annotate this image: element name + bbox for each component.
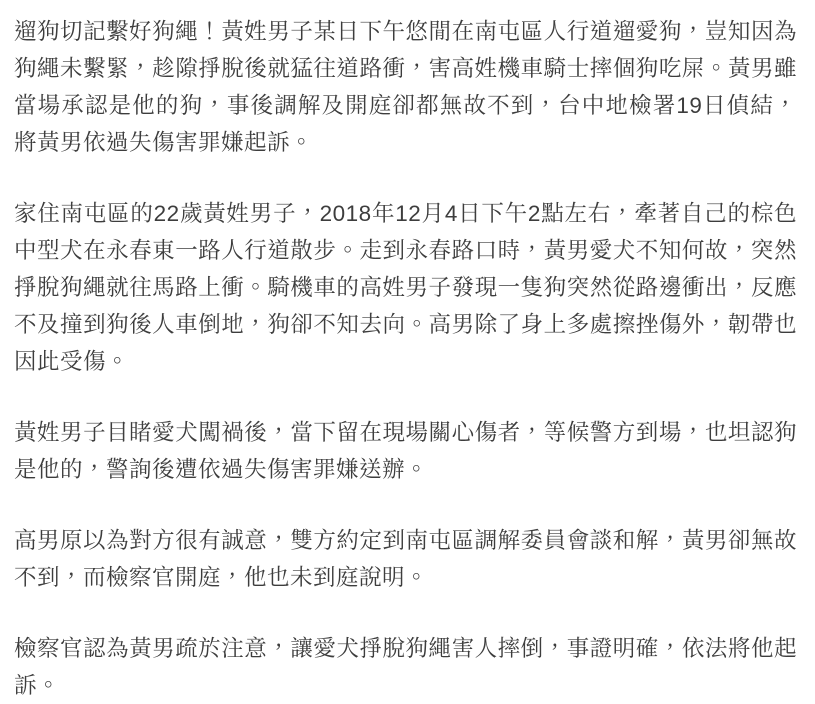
- article-paragraph-5: 檢察官認為黃男疏於注意，讓愛犬掙脫狗繩害人摔倒，事證明確，依法將他起訴。: [14, 630, 797, 704]
- news-article: 遛狗切記繫好狗繩！黃姓男子某日下午悠閒在南屯區人行道遛愛狗，豈知因為狗繩未繫緊，…: [0, 0, 815, 704]
- article-paragraph-4: 高男原以為對方很有誠意，雙方約定到南屯區調解委員會談和解，黃男卻無故不到，而檢察…: [14, 522, 797, 596]
- article-paragraph-3: 黃姓男子目睹愛犬闖禍後，當下留在現場關心傷者，等候警方到場，也坦認狗是他的，警詢…: [14, 414, 797, 488]
- article-paragraph-2: 家住南屯區的22歲黃姓男子，2018年12月4日下午2點左右，牽著自己的棕色中型…: [14, 195, 797, 380]
- article-paragraph-1: 遛狗切記繫好狗繩！黃姓男子某日下午悠閒在南屯區人行道遛愛狗，豈知因為狗繩未繫緊，…: [14, 13, 797, 161]
